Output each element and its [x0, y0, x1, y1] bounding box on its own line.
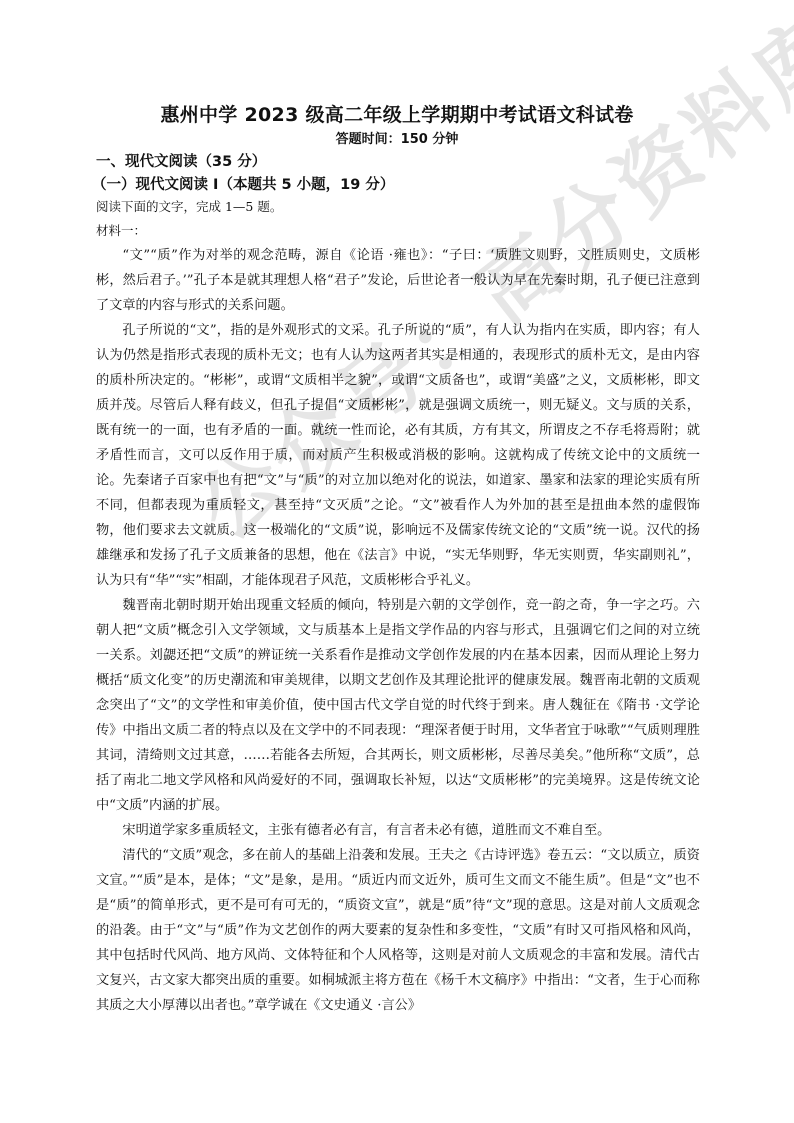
- passage-paragraph: 孔子所说的“文”，指的是外观形式的文采。孔子所说的“质”，有人认为指内在实质，即…: [96, 318, 700, 593]
- exam-page: 公众号：高分资料库 惠州中学 2023 级高二年级上学期期中考试语文科试卷 答题…: [0, 0, 794, 1123]
- exam-title: 惠州中学 2023 级高二年级上学期期中考试语文科试卷: [0, 100, 794, 127]
- subsection-heading: （一）现代文阅读 I（本题共 5 小题，19 分）: [92, 173, 394, 194]
- passage-body: “文”“质”作为对举的观念范畴，源自《论语 ·雍也》：“子曰：‘质胜文则野，文胜…: [96, 243, 700, 1018]
- reading-instruction: 阅读下面的文字，完成 1—5 题。: [96, 197, 282, 215]
- passage-paragraph: 宋明道学家多重质轻文，主张有德者必有言，有言者未必有德，道胜而文不难自至。: [96, 818, 700, 843]
- passage-paragraph: 清代的“文质”观念，多在前人的基础上沿袭和发展。王夫之《古诗评选》卷五云：“文以…: [96, 843, 700, 1018]
- answer-time: 答题时间：150 分钟: [0, 128, 794, 147]
- passage-paragraph: 魏晋南北朝时期开始出现重文轻质的倾向，特别是六朝的文学创作，竞一韵之奇，争一字之…: [96, 593, 700, 818]
- material-label: 材料一：: [96, 221, 146, 239]
- section-heading: 一、现代文阅读（35 分）: [96, 150, 266, 171]
- passage-paragraph: “文”“质”作为对举的观念范畴，源自《论语 ·雍也》：“子曰：‘质胜文则野，文胜…: [96, 243, 700, 318]
